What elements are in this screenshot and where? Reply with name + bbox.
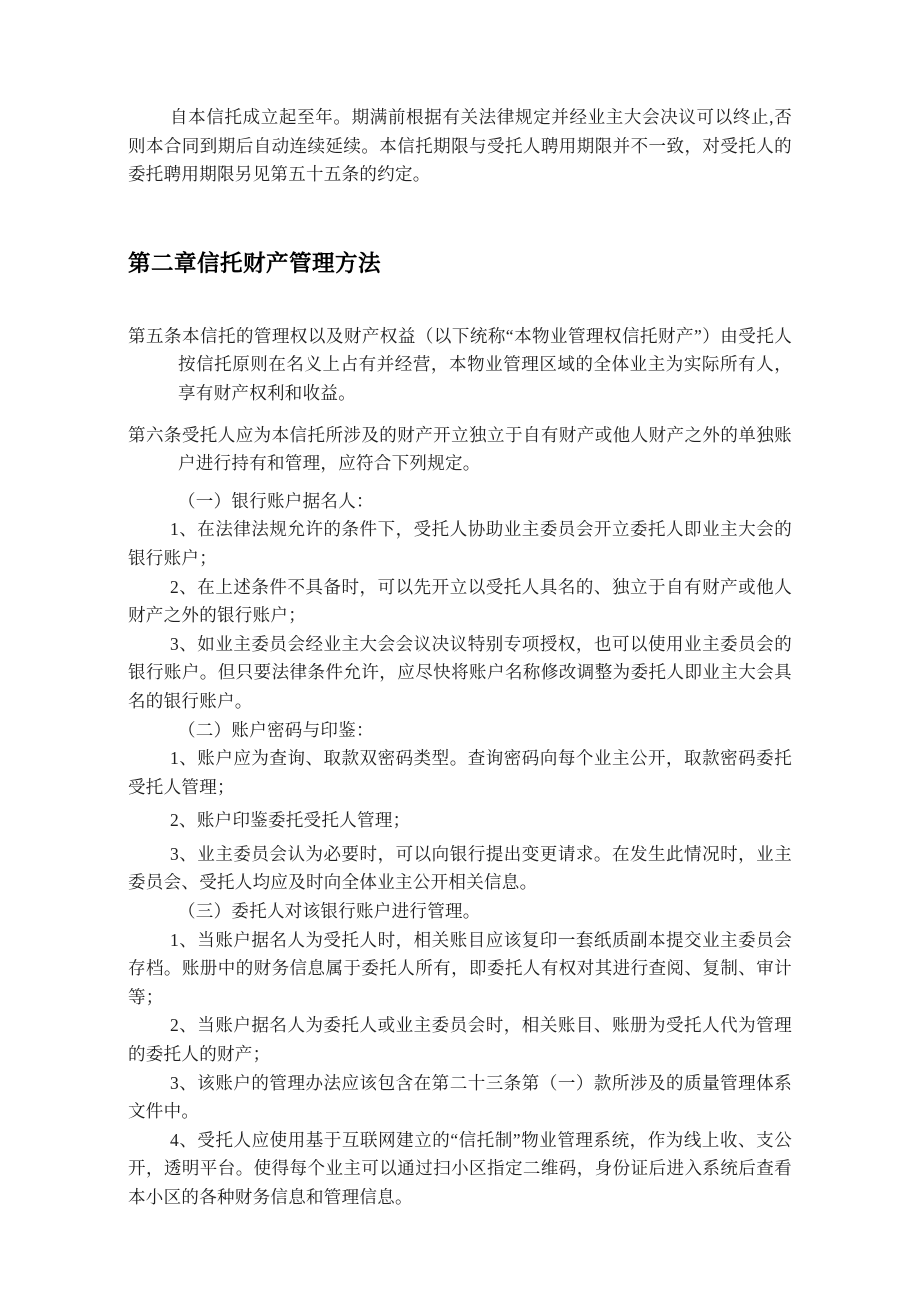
article-6-paragraph: 第六条受托人应为本信托所涉及的财产开立独立于自有财产或他人财产之外的单独账户进行… <box>128 421 792 478</box>
section-3-item-1: 1、当账户据名人为受托人时，相关账目应该复印一套纸质副本提交业主委员会存档。账册… <box>128 926 792 1012</box>
section-2-heading: （二）账户密码与印鉴： <box>128 716 792 745</box>
section-1-heading: （一）银行账户据名人： <box>128 487 792 516</box>
section-3-item-3: 3、该账户的管理办法应该包含在第二十三条第（一）款所涉及的质量管理体系文件中。 <box>128 1069 792 1126</box>
section-1-item-1: 1、在法律法规允许的条件下，受托人协助业主委员会开立委托人即业主大会的银行账户； <box>128 515 792 572</box>
article-5-paragraph: 第五条本信托的管理权以及财产权益（以下统称“本物业管理权信托财产”）由受托人按信… <box>128 322 792 408</box>
section-3-heading: （三）委托人对该银行账户进行管理。 <box>128 897 792 926</box>
chapter-heading: 第二章信托财产管理方法 <box>128 249 792 279</box>
section-1-item-3: 3、如业主委员会经业主大会会议决议特别专项授权，也可以使用业主委员会的银行账户。… <box>128 630 792 716</box>
section-3-item-4: 4、受托人应使用基于互联网建立的“信托制”物业管理系统，作为线上收、支公开，透明… <box>128 1126 792 1212</box>
section-2-item-3: 3、业主委员会认为必要时，可以向银行提出变更请求。在发生此情况时，业主委员会、受… <box>128 840 792 897</box>
section-2-item-2: 2、账户印鉴委托受托人管理； <box>128 806 792 835</box>
document-page: 自本信托成立起至年。期满前根据有关法律规定并经业主大会决议可以终止,否则本合同到… <box>0 0 920 1301</box>
section-3-item-2: 2、当账户据名人为委托人或业主委员会时，相关账目、账册为受托人代为管理的委托人的… <box>128 1011 792 1068</box>
section-2-item-1: 1、账户应为查询、取款双密码类型。查询密码向每个业主公开，取款密码委托受托人管理… <box>128 744 792 801</box>
intro-paragraph: 自本信托成立起至年。期满前根据有关法律规定并经业主大会决议可以终止,否则本合同到… <box>128 103 792 189</box>
section-1-item-2: 2、在上述条件不具备时，可以先开立以受托人具名的、独立于自有财产或他人财产之外的… <box>128 573 792 630</box>
